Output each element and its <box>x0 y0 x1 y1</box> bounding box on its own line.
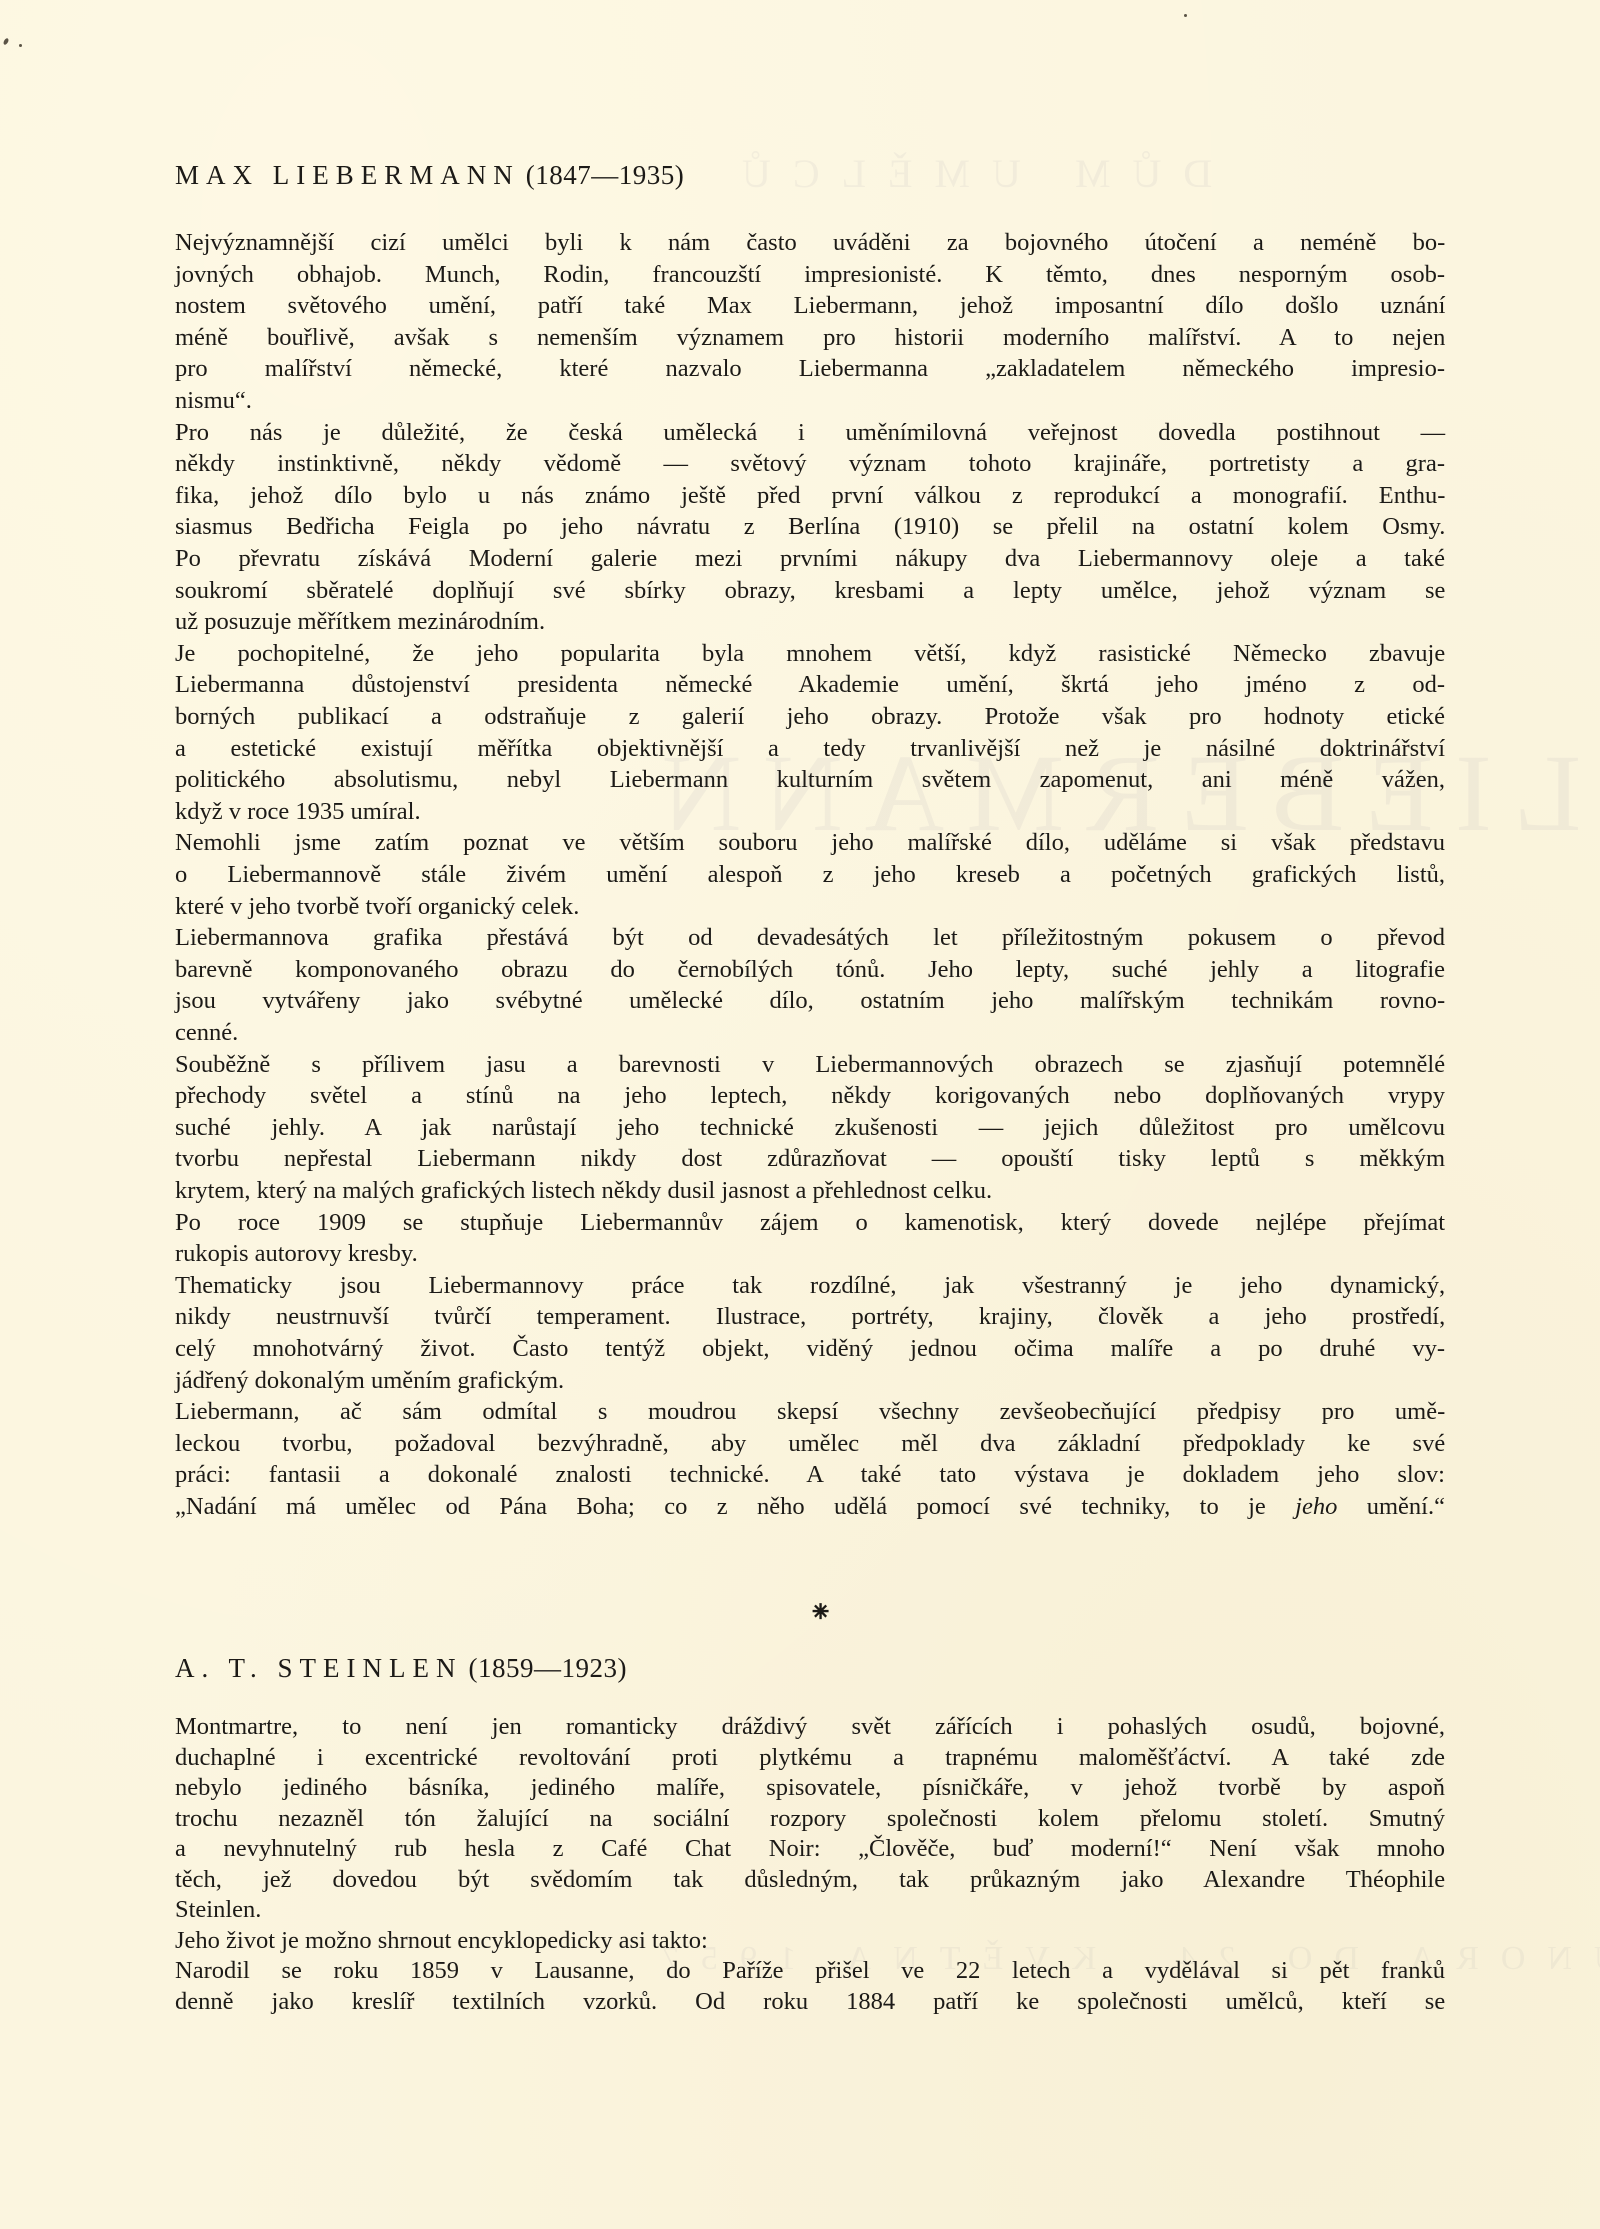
line-text: práci: fantasii a dokonalé znalosti tech… <box>175 1461 1445 1488</box>
body-text-line: Steinlen. <box>175 1895 1445 1925</box>
line-text: trochu nezazněl tón žalující na sociální… <box>175 1805 1445 1832</box>
line-text: nostem světového umění, patří také Max L… <box>175 292 1445 319</box>
line-text: tvorbu nepřestal Liebermann nikdy dost z… <box>175 1145 1445 1172</box>
body-text-line: barevně komponovaného obrazu do černobíl… <box>175 955 1445 985</box>
line-text: denně jako kreslíř textilních vzorků. Od… <box>175 1988 1445 2015</box>
line-text-after: umění.“ <box>1337 1493 1445 1520</box>
body-text-line: méně bouřlivě, avšak s nemenším významem… <box>175 323 1445 353</box>
body-text-line: Liebermann, ač sám odmítal s moudrou ske… <box>175 1397 1445 1427</box>
line-text: a estetické existují měřítka objektivněj… <box>175 735 1445 762</box>
body-text-line: Liebermannova grafika přestává být od de… <box>175 923 1445 953</box>
line-text: o Liebermannově stále živém umění alespo… <box>175 861 1445 888</box>
body-text-line: tvorbu nepřestal Liebermann nikdy dost z… <box>175 1144 1445 1174</box>
line-text: které v jeho tvorbě tvoří organický cele… <box>175 893 579 920</box>
line-text: politického absolutismu, nebyl Lieberman… <box>175 766 1445 793</box>
line-text: krytem, který na malých grafických liste… <box>175 1177 992 1204</box>
line-text: Pro nás je důležité, že česká umělecká i… <box>175 419 1445 446</box>
body-text-line: Po převratu získává Moderní galerie mezi… <box>175 544 1445 574</box>
line-text: pro malířství německé, které nazvalo Lie… <box>175 355 1445 382</box>
body-text-line: které v jeho tvorbě tvoří organický cele… <box>175 892 1445 922</box>
line-text: Nemohli jsme zatím poznat ve větším soub… <box>175 829 1445 856</box>
line-text: suché jehly. A jak narůstají jeho techni… <box>175 1114 1445 1141</box>
body-text-line: Narodil se roku 1859 v Lausanne, do Paří… <box>175 1956 1445 1986</box>
body-text-line: rukopis autorovy kresby. <box>175 1239 1445 1269</box>
line-text: nebylo jediného básníka, jediného malíře… <box>175 1774 1445 1801</box>
artist-life-dates: (1847—1935) <box>526 160 684 190</box>
line-text: duchaplné i excentrické revoltování prot… <box>175 1744 1445 1771</box>
body-text-line: nebylo jediného básníka, jediného malíře… <box>175 1773 1445 1803</box>
body-text-line: jsou vytvářeny jako svébytné umělecké dí… <box>175 986 1445 1016</box>
body-text-line: Souběžně s přílivem jasu a barevnosti v … <box>175 1050 1445 1080</box>
emphasis-text: jeho <box>1295 1493 1337 1520</box>
body-text-line: jádřený dokonalým uměním grafickým. <box>175 1366 1445 1396</box>
body-text-line: někdy instinktivně, někdy vědomě — světo… <box>175 449 1445 479</box>
body-text-line: celý mnohotvárný život. Často tentýž obj… <box>175 1334 1445 1364</box>
section-separator-asterism-icon: ⁕ <box>808 1598 833 1628</box>
line-text: Nejvýznamnější cizí umělci byli k nám ča… <box>175 229 1445 256</box>
body-text-line: nostem světového umění, patří také Max L… <box>175 291 1445 321</box>
body-text-line: suché jehly. A jak narůstají jeho techni… <box>175 1113 1445 1143</box>
line-text: barevně komponovaného obrazu do černobíl… <box>175 956 1445 983</box>
line-text: když v roce 1935 umíral. <box>175 798 421 825</box>
line-text: Po roce 1909 se stupňuje Liebermannův zá… <box>175 1209 1445 1236</box>
body-text-line: trochu nezazněl tón žalující na sociální… <box>175 1804 1445 1834</box>
body-text-line: soukromí sběratelé doplňují své sbírky o… <box>175 576 1445 606</box>
line-text: nismu“. <box>175 387 252 414</box>
body-text-line: už posuzuje měřítkem mezinárodním. <box>175 607 1445 637</box>
line-text: Steinlen. <box>175 1896 261 1923</box>
line-text: fika, jehož dílo bylo u nás známo ještě … <box>175 482 1445 509</box>
line-text: Liebermann, ač sám odmítal s moudrou ske… <box>175 1398 1445 1425</box>
body-text-line: Nejvýznamnější cizí umělci byli k nám ča… <box>175 228 1445 258</box>
body-text-line: Po roce 1909 se stupňuje Liebermannův zá… <box>175 1208 1445 1238</box>
line-text: borných publikací a odstraňuje z galerií… <box>175 703 1445 730</box>
line-text: soukromí sběratelé doplňují své sbírky o… <box>175 577 1445 604</box>
body-text-line: leckou tvorbu, požadoval bezvýhradně, ab… <box>175 1429 1445 1459</box>
line-text: těch, jež dovedou být svědomím tak důsle… <box>175 1866 1445 1893</box>
body-text-line: a estetické existují měřítka objektivněj… <box>175 734 1445 764</box>
body-text-line: o Liebermannově stále živém umění alespo… <box>175 860 1445 890</box>
line-text: celý mnohotvárný život. Často tentýž obj… <box>175 1335 1445 1362</box>
body-text-line: Nemohli jsme zatím poznat ve větším soub… <box>175 828 1445 858</box>
line-text: leckou tvorbu, požadoval bezvýhradně, ab… <box>175 1430 1445 1457</box>
body-text-line: Montmartre, to není jen romanticky drážd… <box>175 1712 1445 1742</box>
body-text-line: práci: fantasii a dokonalé znalosti tech… <box>175 1460 1445 1490</box>
body-text-line: Thematicky jsou Liebermannovy práce tak … <box>175 1271 1445 1301</box>
scan-speck <box>3 37 10 45</box>
artist-life-dates: (1859—1923) <box>468 1653 626 1683</box>
line-text: Po převratu získává Moderní galerie mezi… <box>175 545 1445 572</box>
scan-speck <box>1184 14 1187 17</box>
line-text: jsou vytvářeny jako svébytné umělecké dí… <box>175 987 1445 1014</box>
line-text: přechody světel a stínů na jeho leptech,… <box>175 1082 1445 1109</box>
section-heading: A. T. STEINLEN(1859—1923) <box>175 1653 627 1683</box>
line-text: Jeho život je možno shrnout encyklopedic… <box>175 1927 708 1954</box>
line-text: Montmartre, to není jen romanticky drážd… <box>175 1713 1445 1740</box>
body-text-line: Pro nás je důležité, že česká umělecká i… <box>175 418 1445 448</box>
line-text: někdy instinktivně, někdy vědomě — světo… <box>175 450 1445 477</box>
line-text: Liebermanna důstojenství presidenta něme… <box>175 671 1445 698</box>
body-text-line: jovných obhajob. Munch, Rodin, francouzš… <box>175 260 1445 290</box>
body-text-line: nikdy neustrnuvší tvůrčí temperament. Il… <box>175 1302 1445 1332</box>
body-text-line: a nevyhnutelný rub hesla z Café Chat Noi… <box>175 1834 1445 1864</box>
body-text-line: siasmus Bedřicha Feigla po jeho návratu … <box>175 512 1445 542</box>
body-text-line: „Nadání má umělec od Pána Boha; co z něh… <box>175 1492 1445 1522</box>
scan-speck <box>19 44 22 47</box>
body-text-line: duchaplné i excentrické revoltování prot… <box>175 1743 1445 1773</box>
line-text: Liebermannova grafika přestává být od de… <box>175 924 1445 951</box>
line-text: cenné. <box>175 1019 238 1046</box>
body-text-line: krytem, který na malých grafických liste… <box>175 1176 1445 1206</box>
body-text-line: přechody světel a stínů na jeho leptech,… <box>175 1081 1445 1111</box>
line-text: „Nadání má umělec od Pána Boha; co z něh… <box>175 1493 1295 1520</box>
body-text-line: cenné. <box>175 1018 1445 1048</box>
line-text: siasmus Bedřicha Feigla po jeho návratu … <box>175 513 1445 540</box>
line-text: nikdy neustrnuvší tvůrčí temperament. Il… <box>175 1303 1445 1330</box>
body-text-line: Liebermanna důstojenství presidenta něme… <box>175 670 1445 700</box>
line-text: jádřený dokonalým uměním grafickým. <box>175 1367 564 1394</box>
body-text-line: fika, jehož dílo bylo u nás známo ještě … <box>175 481 1445 511</box>
line-text: méně bouřlivě, avšak s nemenším významem… <box>175 324 1445 351</box>
line-text: Je pochopitelné, že jeho popularita byla… <box>175 640 1445 667</box>
show-through-text: DŮM UMĚLCŮ <box>720 150 1212 197</box>
line-text: a nevyhnutelný rub hesla z Café Chat Noi… <box>175 1835 1445 1862</box>
body-text-line: denně jako kreslíř textilních vzorků. Od… <box>175 1987 1445 2017</box>
body-text-line: Jeho život je možno shrnout encyklopedic… <box>175 1926 1445 1956</box>
body-text-line: když v roce 1935 umíral. <box>175 797 1445 827</box>
line-text: jovných obhajob. Munch, Rodin, francouzš… <box>175 261 1445 288</box>
line-text: Thematicky jsou Liebermannovy práce tak … <box>175 1272 1445 1299</box>
artist-name: A. T. STEINLEN <box>175 1653 462 1683</box>
line-text: Souběžně s přílivem jasu a barevnosti v … <box>175 1051 1445 1078</box>
body-text-line: politického absolutismu, nebyl Lieberman… <box>175 765 1445 795</box>
body-text-line: borných publikací a odstraňuje z galerií… <box>175 702 1445 732</box>
line-text: už posuzuje měřítkem mezinárodním. <box>175 608 545 635</box>
body-text-line: pro malířství německé, které nazvalo Lie… <box>175 354 1445 384</box>
body-text-line: nismu“. <box>175 386 1445 416</box>
body-text-line: Je pochopitelné, že jeho popularita byla… <box>175 639 1445 669</box>
section-heading: MAX LIEBERMANN(1847—1935) <box>175 160 684 190</box>
artist-name: MAX LIEBERMANN <box>175 160 520 190</box>
line-text: rukopis autorovy kresby. <box>175 1240 418 1267</box>
body-text-line: těch, jež dovedou být svědomím tak důsle… <box>175 1865 1445 1895</box>
line-text: Narodil se roku 1859 v Lausanne, do Paří… <box>175 1957 1445 1984</box>
